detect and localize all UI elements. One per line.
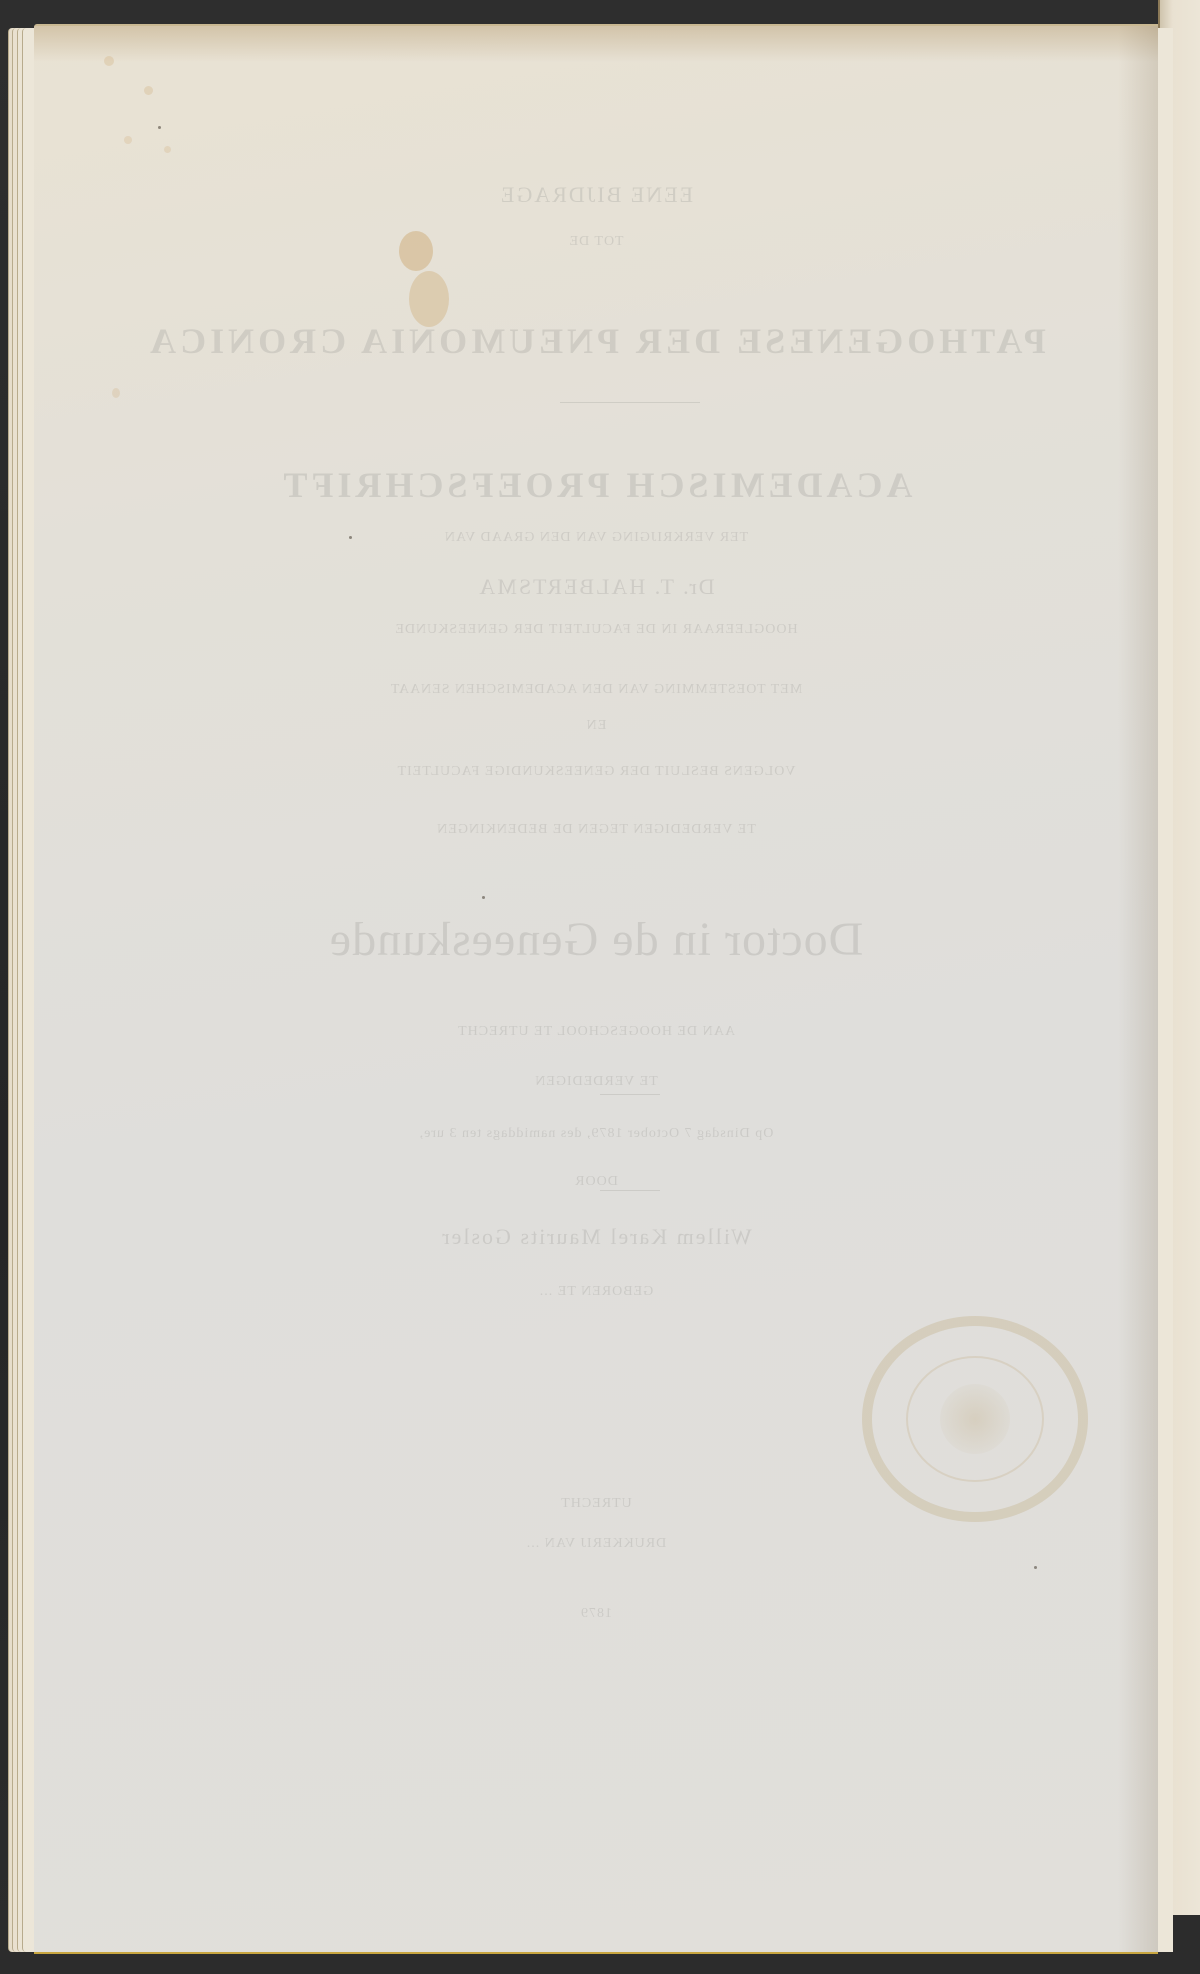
bleed-line: ACADEMISCH PROEFSCHRIFT	[34, 464, 1158, 506]
bleed-line: VOLGENS BESLUIT DER GENEESKUNDIGE FACULT…	[34, 764, 1158, 780]
foxing-stain	[144, 86, 153, 95]
page-top-shading	[34, 26, 1158, 62]
library-stamp-bleed	[862, 1316, 1088, 1522]
foxing-stain	[164, 146, 171, 153]
bleed-line: GEBOREN TE ...	[34, 1284, 1158, 1300]
bleed-line: PATHOGENESE DER PNEUMONIA CRONICA	[34, 320, 1158, 362]
stamp-emblem-icon	[940, 1384, 1010, 1454]
bleed-line: HOOGLEERAAR IN DE FACULTEIT DER GENEESKU…	[34, 622, 1158, 638]
bleed-line: AAN DE HOOGESCHOOL TE UTRECHT	[34, 1024, 1158, 1040]
bleed-line: TER VERKRIJGING VAN DEN GRAAD VAN	[34, 530, 1158, 546]
paper-speck	[349, 536, 352, 539]
bleed-line: Op Dinsdag 7 October 1879, des namiddags…	[34, 1126, 1158, 1142]
foxing-stain	[112, 388, 120, 398]
page-stack: EENE BIJDRAGETOT DEPATHOGENESE DER PNEUM…	[8, 24, 1158, 1954]
bleed-line: Dr. T. HALBERTSMA	[34, 574, 1158, 600]
bleed-line: TOT DE	[34, 234, 1158, 250]
foxing-stain	[399, 231, 433, 271]
paper-speck	[1034, 1566, 1037, 1569]
foxing-stain	[124, 136, 132, 144]
bleed-line: EN	[34, 718, 1158, 734]
bleed-rule	[560, 402, 700, 403]
bleed-line: EENE BIJDRAGE	[34, 182, 1158, 208]
bleed-rule	[600, 1094, 660, 1095]
bleed-line: TE VERDEDIGEN	[34, 1074, 1158, 1090]
bleed-line: Willem Karel Maurits Gosler	[34, 1224, 1158, 1250]
bleed-line: Doctor in de Geneeskunde	[34, 912, 1158, 967]
blank-verso-page: EENE BIJDRAGETOT DEPATHOGENESE DER PNEUM…	[34, 24, 1158, 1954]
bleed-line: MET TOESTEMMING VAN DEN ACADEMISCHEN SEN…	[34, 682, 1158, 698]
bleed-line: TE VERDEDIGEN TEGEN DE BEDENKINGEN	[34, 822, 1158, 838]
paper-speck	[158, 126, 161, 129]
foxing-stain	[409, 271, 449, 327]
paper-speck	[482, 896, 485, 899]
foxing-stain	[104, 56, 114, 66]
bleed-line: 1879	[34, 1606, 1158, 1622]
bleed-line: DOOR	[34, 1174, 1158, 1190]
bleed-line: DRUKKERIJ VAN ...	[34, 1536, 1158, 1552]
bleed-rule	[600, 1190, 660, 1191]
gutter-shadow	[1118, 26, 1158, 1952]
